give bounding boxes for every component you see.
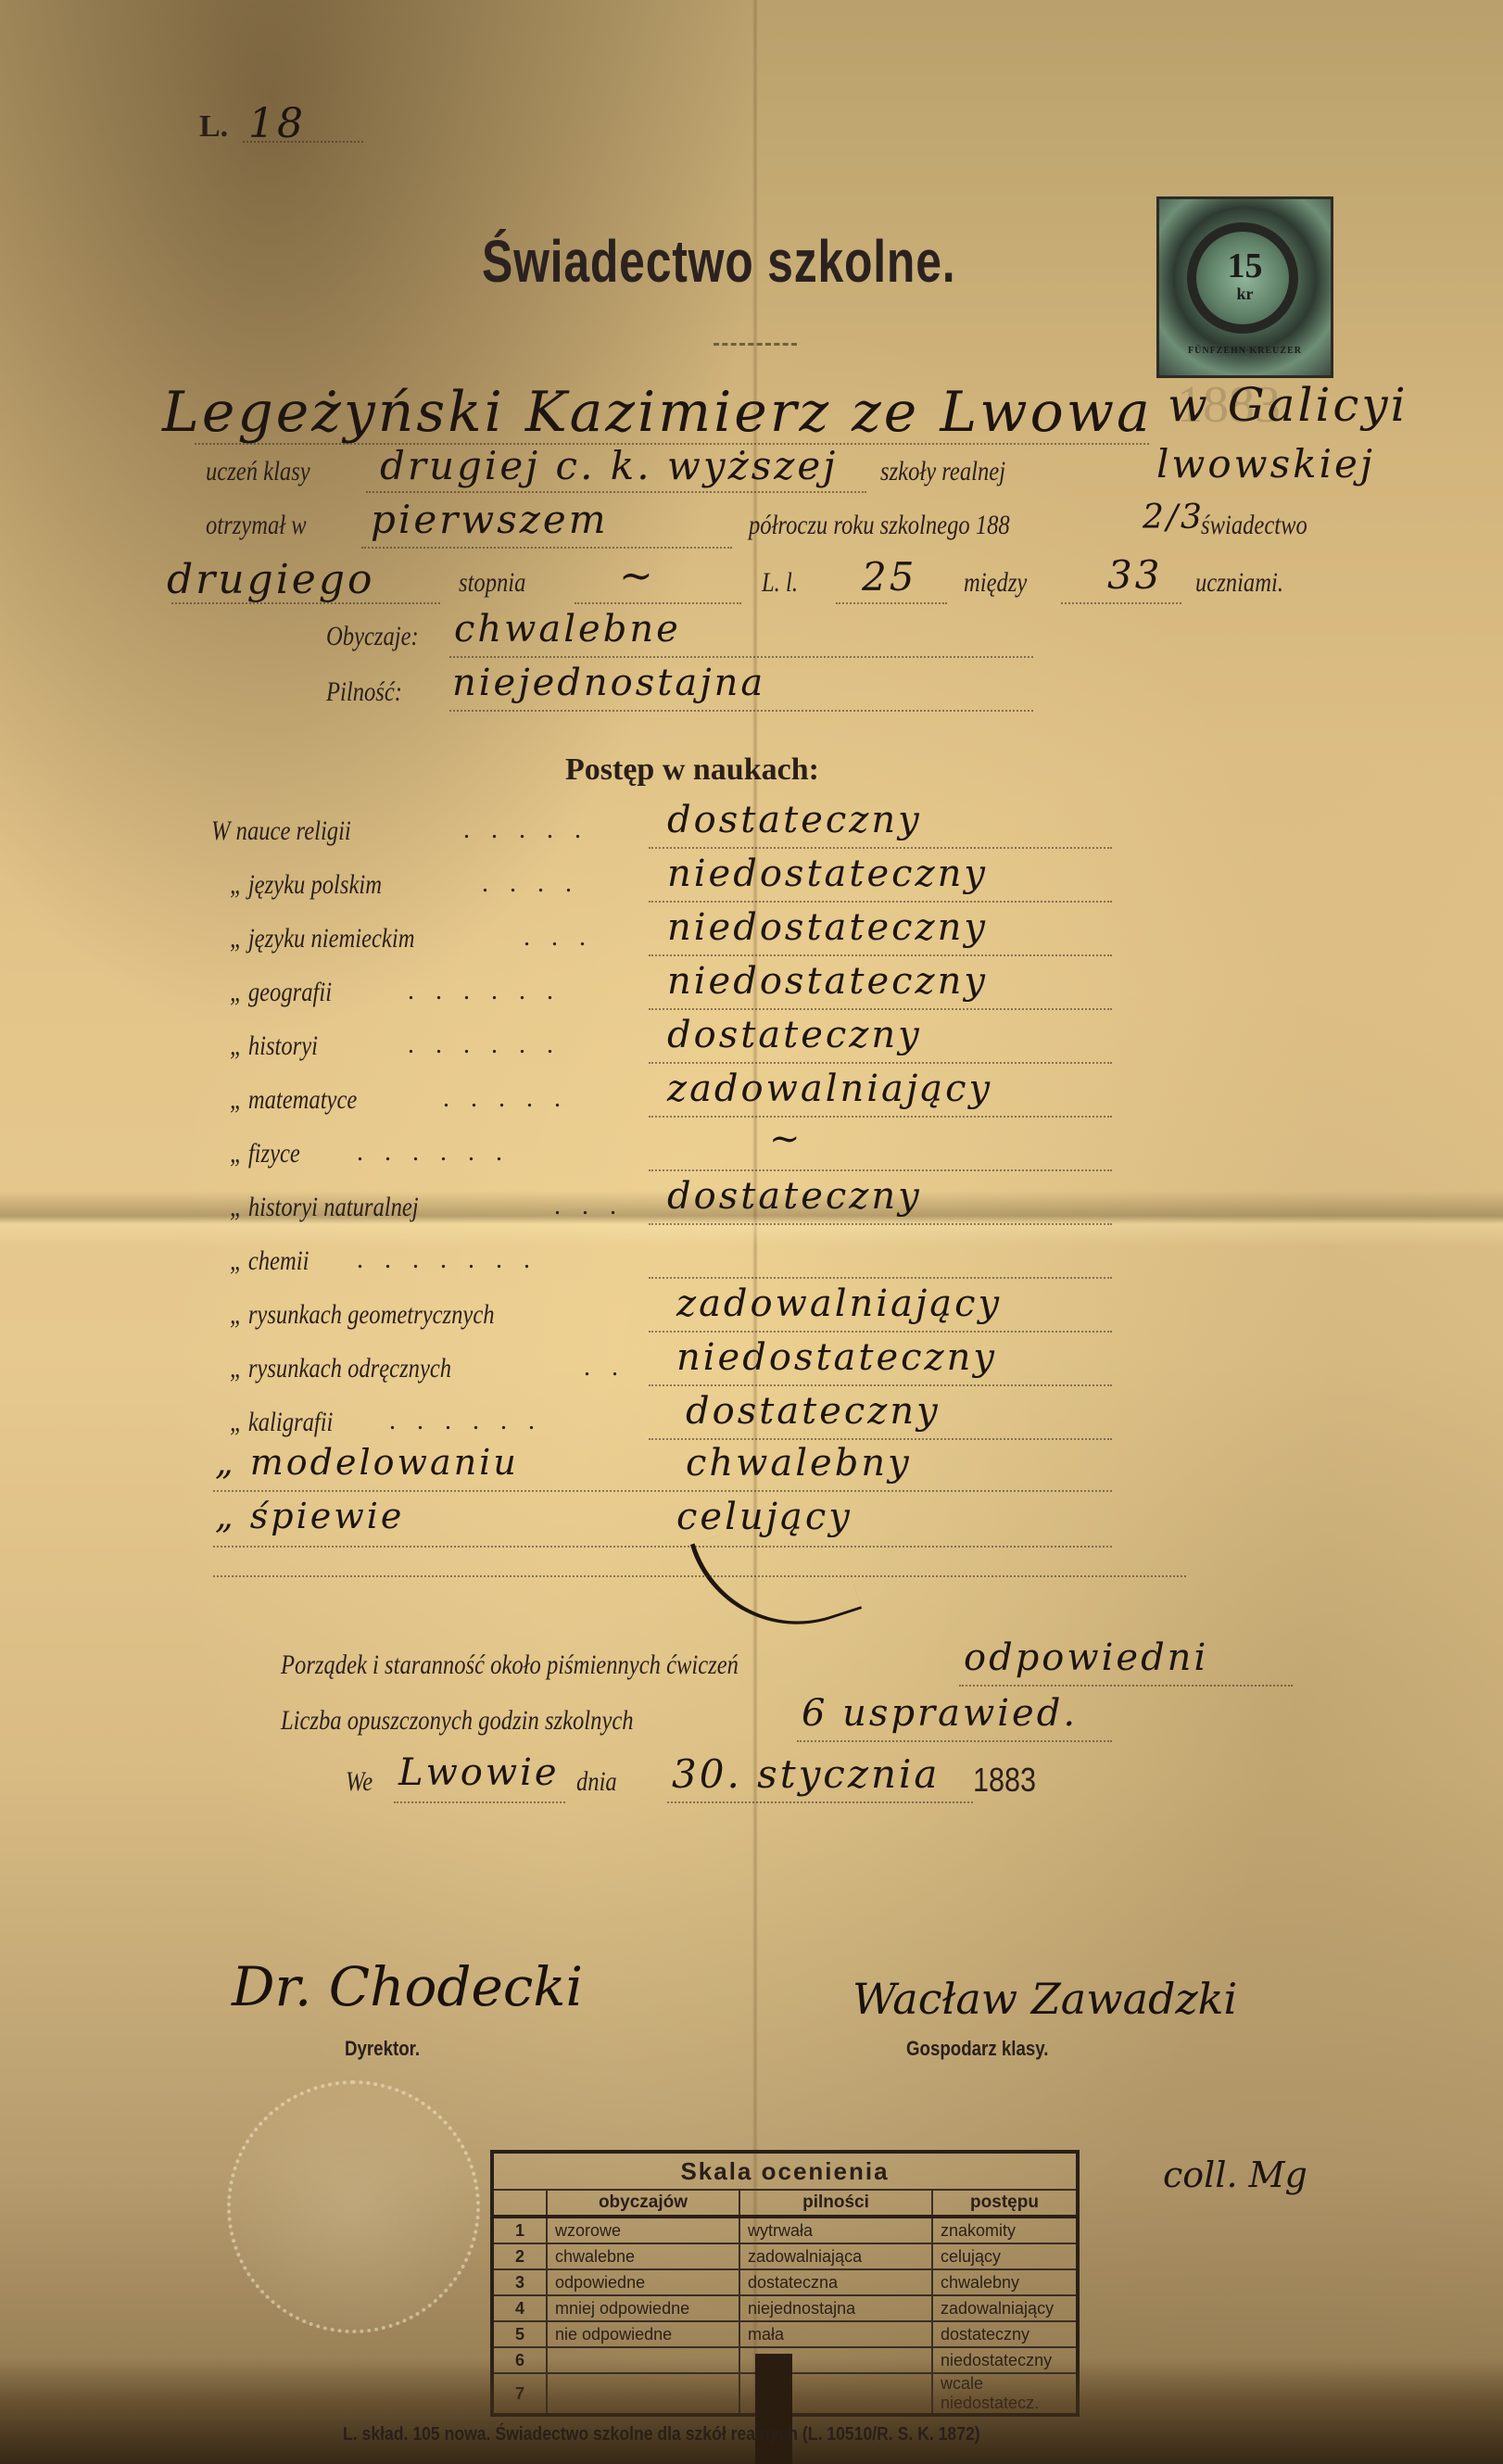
conduct-value: chwalebne [454,608,681,651]
class-size-value: 33 [1107,552,1162,598]
subject-label: „ rysunkach odręcznych [230,1353,451,1384]
subject-grade: dostateczny [686,1390,941,1433]
student-name: Legeżyński Kazimierz ze Lwowa [162,380,1153,445]
subject-leader: . . . . . . [408,977,561,1006]
subject-grade: dostateczny [667,799,922,841]
subject-grade: chwalebny [686,1442,912,1485]
scale-cell-conduct: wzorowe [547,2217,739,2243]
subject-dotted-line [649,1062,1112,1064]
reference-label: L. [199,109,228,145]
date-place: Lwowie [398,1751,560,1794]
student-origin: w Galicyi [1168,378,1408,432]
conduct-dotted-line [449,656,1033,658]
date-place-dotted-line [394,1801,565,1803]
subject-grade: niedostateczny [667,853,988,895]
stamp-caption: FÜNFZEHN KREUZER [1159,346,1331,356]
subject-leader: . . . . . . [389,1407,542,1436]
diligence-value: niejednostajna [452,662,765,704]
school-year-label: półroczu roku szkolnego 188 [749,510,1010,541]
order-value: odpowiedni [964,1636,1208,1679]
semester-value: pierwszem [371,497,609,542]
absence-label: Liczba opuszczonych godzin szkolnych [281,1705,634,1737]
bottom-edge-damage [0,2358,1503,2464]
scale-row: 3 odpowiedne dostateczna chwalebny [492,2269,1078,2295]
subject-grade: niedostateczny [667,960,988,1003]
scale-cell-conduct: nie odpowiedne [547,2321,739,2347]
subject-leader: . . . [554,1192,624,1221]
scale-cell-diligence: niejednostajna [739,2295,932,2321]
scale-header-progress: postępu [932,2190,1078,2217]
scale-cell-diligence: mała [739,2321,932,2347]
subject-dotted-line [649,1116,1112,1118]
class-prefix: uczeń klasy [206,456,310,487]
scale-cell-progress: znakomity [932,2217,1078,2243]
director-label: Dyrektor. [345,2037,420,2061]
subject-label: „ kaligrafii [230,1407,333,1438]
subject-label: W nauce religii [211,815,351,847]
absence-dotted-line [797,1740,1112,1742]
date-value: 30. stycznia [672,1751,940,1797]
closing-dotted-line [213,1575,1186,1577]
subject-dotted-line [213,1490,1112,1492]
subject-dotted-line [649,1438,1112,1440]
subject-label: „ chemii [230,1245,309,1277]
scale-cell-diligence: zadowalniająca [739,2243,932,2269]
rank-label: L. l. [762,567,798,599]
subject-dotted-line [649,847,1112,849]
scale-cell-progress: chwalebny [932,2269,1078,2295]
certificate-word: świadectwo [1201,510,1307,541]
degree-label: stopnia [459,567,525,599]
order-dotted-line [959,1685,1293,1687]
date-year: 1883 [973,1761,1036,1800]
subject-dotted-line [649,954,1112,956]
diligence-dotted-line [449,710,1033,712]
degree-dotted-line [171,602,440,604]
certificate-page: L. 18 Świadectwo szkolne. 15 kr FÜNFZEHN… [0,0,1503,2464]
title-flourish [714,335,797,346]
semester-prefix: otrzymał w [206,510,307,541]
scale-row: 4 mniej odpowiedne niejednostajna zadowa… [492,2295,1078,2321]
order-label: Porządek i staranność około piśmiennych … [281,1649,739,1681]
subject-grade: dostateczny [667,1014,922,1056]
stamp-value: 15 [1159,246,1331,286]
embossed-seal-icon [227,2080,480,2333]
scale-cell-diligence: wytrwała [739,2217,932,2243]
scale-cell-progress: zadowalniający [932,2295,1078,2321]
scale-cell-conduct: mniej odpowiedne [547,2295,739,2321]
subject-dotted-line [649,1331,1112,1333]
date-day-label: dnia [576,1766,617,1798]
subject-grade: zadowalniający [676,1283,1002,1325]
scale-header-conduct: obyczajów [547,2190,739,2217]
scale-row-number: 1 [492,2217,547,2243]
subject-leader: . . . . . . [357,1138,510,1168]
printer-imprint: L. skład. 105 nowa. Świadectwo szkolne d… [343,2424,980,2445]
subject-dotted-line [649,1169,1112,1171]
scale-header-diligence: pilności [739,2190,932,2217]
subject-grade: niedostateczny [676,1336,997,1379]
subject-grade: dostateczny [667,1175,922,1218]
subject-label-handwritten: „ śpiewie [215,1496,404,1536]
scale-row-number: 5 [492,2321,547,2347]
date-dotted-line [667,1801,973,1803]
students-word: uczniami. [1195,567,1283,599]
scale-row: 5 nie odpowiedne mała dostateczny [492,2321,1078,2347]
subject-label: „ języku polskim [230,869,382,901]
subject-label: „ języku niemieckim [230,923,414,954]
subject-leader: . . . . . . . [357,1245,537,1275]
subject-leader: . . . . . [463,815,588,845]
rank-value: 25 [862,554,916,600]
conduct-label: Obyczaje: [326,621,419,652]
scale-cell-diligence: dostateczna [739,2269,932,2295]
margin-note: coll. Mg [1163,2154,1307,2195]
subject-label: „ historyi [230,1030,318,1062]
degree-mark-dotted-line [575,602,741,604]
school-year-digit: 2/3 [1143,499,1205,537]
class-value: drugiej c. k. wyższej [380,443,838,488]
scale-row-number: 3 [492,2269,547,2295]
revenue-stamp: 15 kr FÜNFZEHN KREUZER [1156,196,1333,378]
degree-value: drugiego [167,556,374,603]
subject-leader: . . . . . . [408,1030,561,1060]
rank-dotted-line [836,602,947,604]
scale-cell-progress: dostateczny [932,2321,1078,2347]
reference-dotted-line [243,141,363,143]
grading-scale-caption: Skala ocenienia [492,2152,1078,2190]
stamp-unit: kr [1159,284,1331,304]
subject-label: „ historyi naturalnej [230,1192,419,1223]
scale-number-header [492,2190,547,2217]
between-label: między [964,567,1027,599]
scale-cell-conduct: chwalebne [547,2243,739,2269]
scale-row-number: 2 [492,2243,547,2269]
subject-dotted-line [649,1223,1112,1225]
subject-grade: niedostateczny [667,906,988,949]
subject-leader: . . . [524,923,593,953]
subject-dotted-line [649,1008,1112,1010]
subject-leader: . . . . [482,869,579,899]
subject-dotted-line [649,901,1112,903]
subject-leader: . . [584,1353,625,1383]
subject-label-handwritten: „ modelowaniu [215,1442,519,1483]
class-teacher-label: Gospodarz klasy. [906,2037,1048,2061]
scale-row: 1 wzorowe wytrwała znakomity [492,2217,1078,2243]
progress-heading: Postęp w naukach: [565,752,819,788]
subject-label: „ rysunkach geometrycznych [230,1299,495,1331]
subject-dotted-line [649,1277,1112,1279]
subject-label: „ fizyce [230,1138,300,1169]
subject-grade: zadowalniający [667,1068,992,1110]
subject-leader: . . . . . [443,1084,568,1114]
subject-label: „ geografii [230,977,332,1008]
class-size-dotted-line [1061,602,1181,604]
absence-value: 6 usprawied. [802,1692,1078,1735]
subject-dotted-line [649,1384,1112,1386]
school-city: lwowskiej [1156,441,1375,486]
diligence-label: Pilność: [326,676,402,708]
semester-dotted-line [361,547,732,549]
class-dotted-line [366,491,866,493]
scale-row-number: 4 [492,2295,547,2321]
degree-mark: ~ [619,552,656,600]
subject-label: „ matematyce [230,1084,357,1116]
school-type-label: szkoły realnej [880,456,1005,487]
subject-grade: ~ [769,1118,803,1160]
director-signature: Dr. Chodecki [232,1955,583,2018]
document-title: Świadectwo szkolne. [482,227,955,296]
class-teacher-signature: Wacław Zawadzki [853,1974,1237,2024]
scale-row: 2 chwalebne zadowalniająca celujący [492,2243,1078,2269]
subject-dotted-line [213,1546,1112,1548]
scale-cell-progress: celujący [932,2243,1078,2269]
date-prefix: We [346,1766,373,1798]
scale-cell-conduct: odpowiedne [547,2269,739,2295]
paper-tear [755,2354,792,2464]
